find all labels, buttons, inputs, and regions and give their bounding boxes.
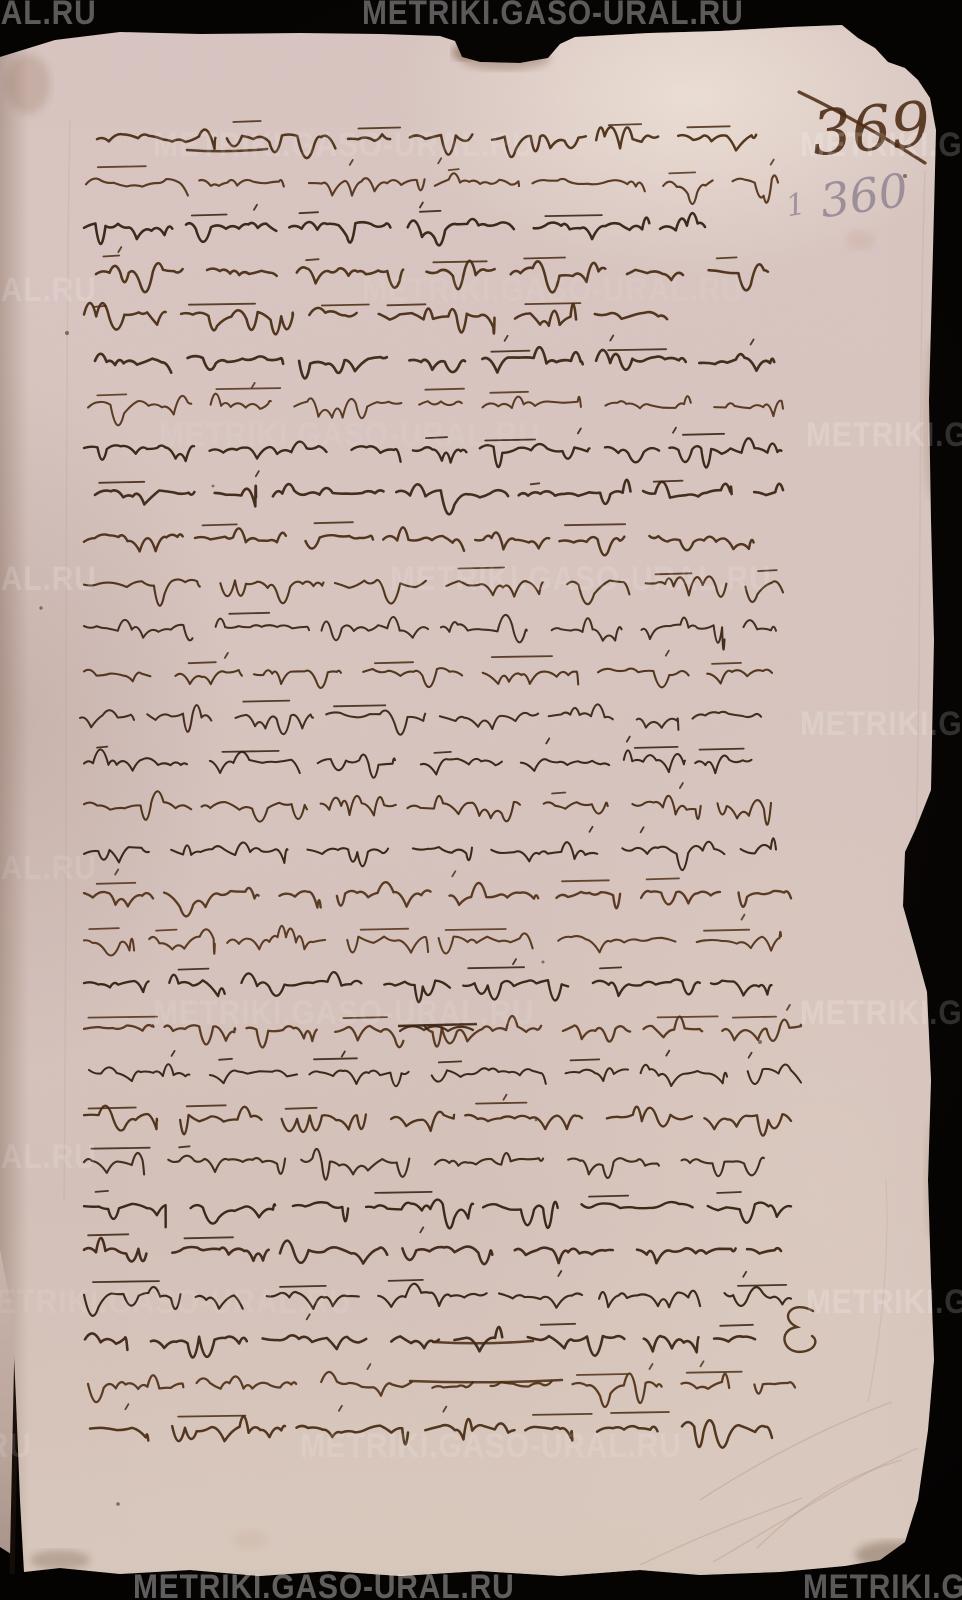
handwriting-line <box>84 615 776 650</box>
flourish-capital <box>784 1307 815 1352</box>
handwriting-diacritics <box>88 1005 790 1018</box>
handwriting-diacritics <box>552 783 683 794</box>
paper-stain <box>6 54 50 114</box>
handwriting-line <box>95 480 783 515</box>
handwriting-diacritics <box>192 203 602 217</box>
handwriting-diacritics <box>88 1227 423 1238</box>
handwriting-line <box>80 704 761 734</box>
handwriting-diacritics <box>103 247 736 262</box>
paper-stain <box>925 1120 941 1240</box>
paper-crease <box>640 1498 802 1565</box>
handwriting-line <box>84 527 754 555</box>
handwriting-diacritics <box>426 428 724 441</box>
handwriting-line <box>95 347 774 378</box>
handwriting-diacritics <box>172 1051 752 1063</box>
handwriting-line <box>88 1372 795 1407</box>
handwriting-diacritics <box>590 827 644 833</box>
paper-stain <box>460 46 550 70</box>
handwriting-line <box>97 127 756 158</box>
paper-stain <box>452 44 472 60</box>
handwriting-line <box>84 750 752 778</box>
watermark-text: METRIKI.GASO-URAL.RU <box>133 1568 515 1600</box>
handwriting-line <box>84 1200 791 1229</box>
handwriting-line <box>84 972 772 1002</box>
handwriting-line <box>84 1284 791 1316</box>
folio-number-pencil: 360 <box>817 163 911 229</box>
handwriting-line <box>84 1106 791 1136</box>
handwriting-diacritics <box>203 522 626 525</box>
handwriting-line <box>84 213 705 245</box>
handwriting-diacritics <box>459 568 777 575</box>
paper-stain <box>30 1550 90 1570</box>
handwriting-line <box>84 668 772 688</box>
handwriting-line <box>84 576 783 605</box>
scan-viewport: 3693601 METRIKI.GASO-URAL.RUMETRIKI.GASO… <box>0 0 962 1600</box>
handwriting-diacritics <box>229 613 269 614</box>
handwriting-line <box>90 1416 772 1447</box>
paper-speck <box>212 485 215 488</box>
handwriting-line <box>84 1016 801 1047</box>
paper-speck <box>116 1502 120 1506</box>
handwriting-diacritics <box>97 737 744 753</box>
paper-speck <box>39 606 42 609</box>
handwriting-diacritics <box>367 1361 741 1375</box>
handwriting-line <box>84 926 781 956</box>
handwriting-diacritics <box>98 158 774 173</box>
handwriting-diacritics <box>99 471 682 484</box>
paper-crease <box>916 170 925 840</box>
handwriting-diacritics <box>307 1314 753 1326</box>
paper-stain <box>846 230 874 250</box>
paper-crease <box>700 1402 892 1500</box>
watermark-text: METRIKI.GASO-URAL.RU <box>0 0 97 33</box>
handwriting-line <box>86 173 778 204</box>
paper-crease <box>868 1180 887 1402</box>
handwriting-line <box>84 791 771 824</box>
handwriting-line <box>96 261 768 293</box>
handwriting-underline <box>410 1380 562 1382</box>
word-strike-line <box>398 1024 477 1026</box>
handwriting-line <box>84 838 776 870</box>
handwriting-diacritics <box>94 303 580 307</box>
handwriting-line <box>84 1238 781 1264</box>
handwriting-diacritics <box>189 651 741 664</box>
watermark-text: METRIKI.GASO-URAL.RU <box>803 1568 962 1600</box>
handwriting-diacritics <box>89 915 749 931</box>
handwriting-diacritics <box>491 336 753 352</box>
handwriting-underline <box>433 1341 533 1343</box>
handwriting-layer: 3693601 <box>0 0 962 1600</box>
paper-crease <box>64 120 70 1200</box>
handwriting-diacritics <box>233 121 729 129</box>
handwriting-underline <box>187 149 267 151</box>
handwriting-diacritics <box>179 959 622 969</box>
handwriting-diacritics <box>96 1191 741 1197</box>
handwriting-diacritics <box>93 1271 786 1287</box>
handwriting-diacritics <box>91 1146 189 1148</box>
paper-speck <box>542 961 545 964</box>
pencil-mark: 1 <box>783 187 808 225</box>
paper-stain <box>924 340 944 500</box>
paper-crease <box>757 1460 902 1548</box>
handwriting-line <box>88 394 783 426</box>
handwriting-line <box>85 1327 755 1357</box>
handwriting-diacritics <box>243 701 385 707</box>
watermark-text: METRIKI.GASO-URAL.RU <box>362 0 744 33</box>
handwriting-diacritics <box>97 383 528 396</box>
handwriting-diacritics <box>125 1404 669 1416</box>
handwriting-diacritics <box>89 1095 527 1109</box>
handwriting-line <box>84 303 667 334</box>
paper-stain <box>855 1541 935 1569</box>
handwriting-line <box>89 1064 801 1086</box>
handwriting-line <box>84 438 781 467</box>
paper-stain <box>232 1530 268 1550</box>
handwriting-line <box>84 1149 764 1180</box>
paper-speck <box>65 331 69 335</box>
handwriting-line <box>84 882 791 916</box>
